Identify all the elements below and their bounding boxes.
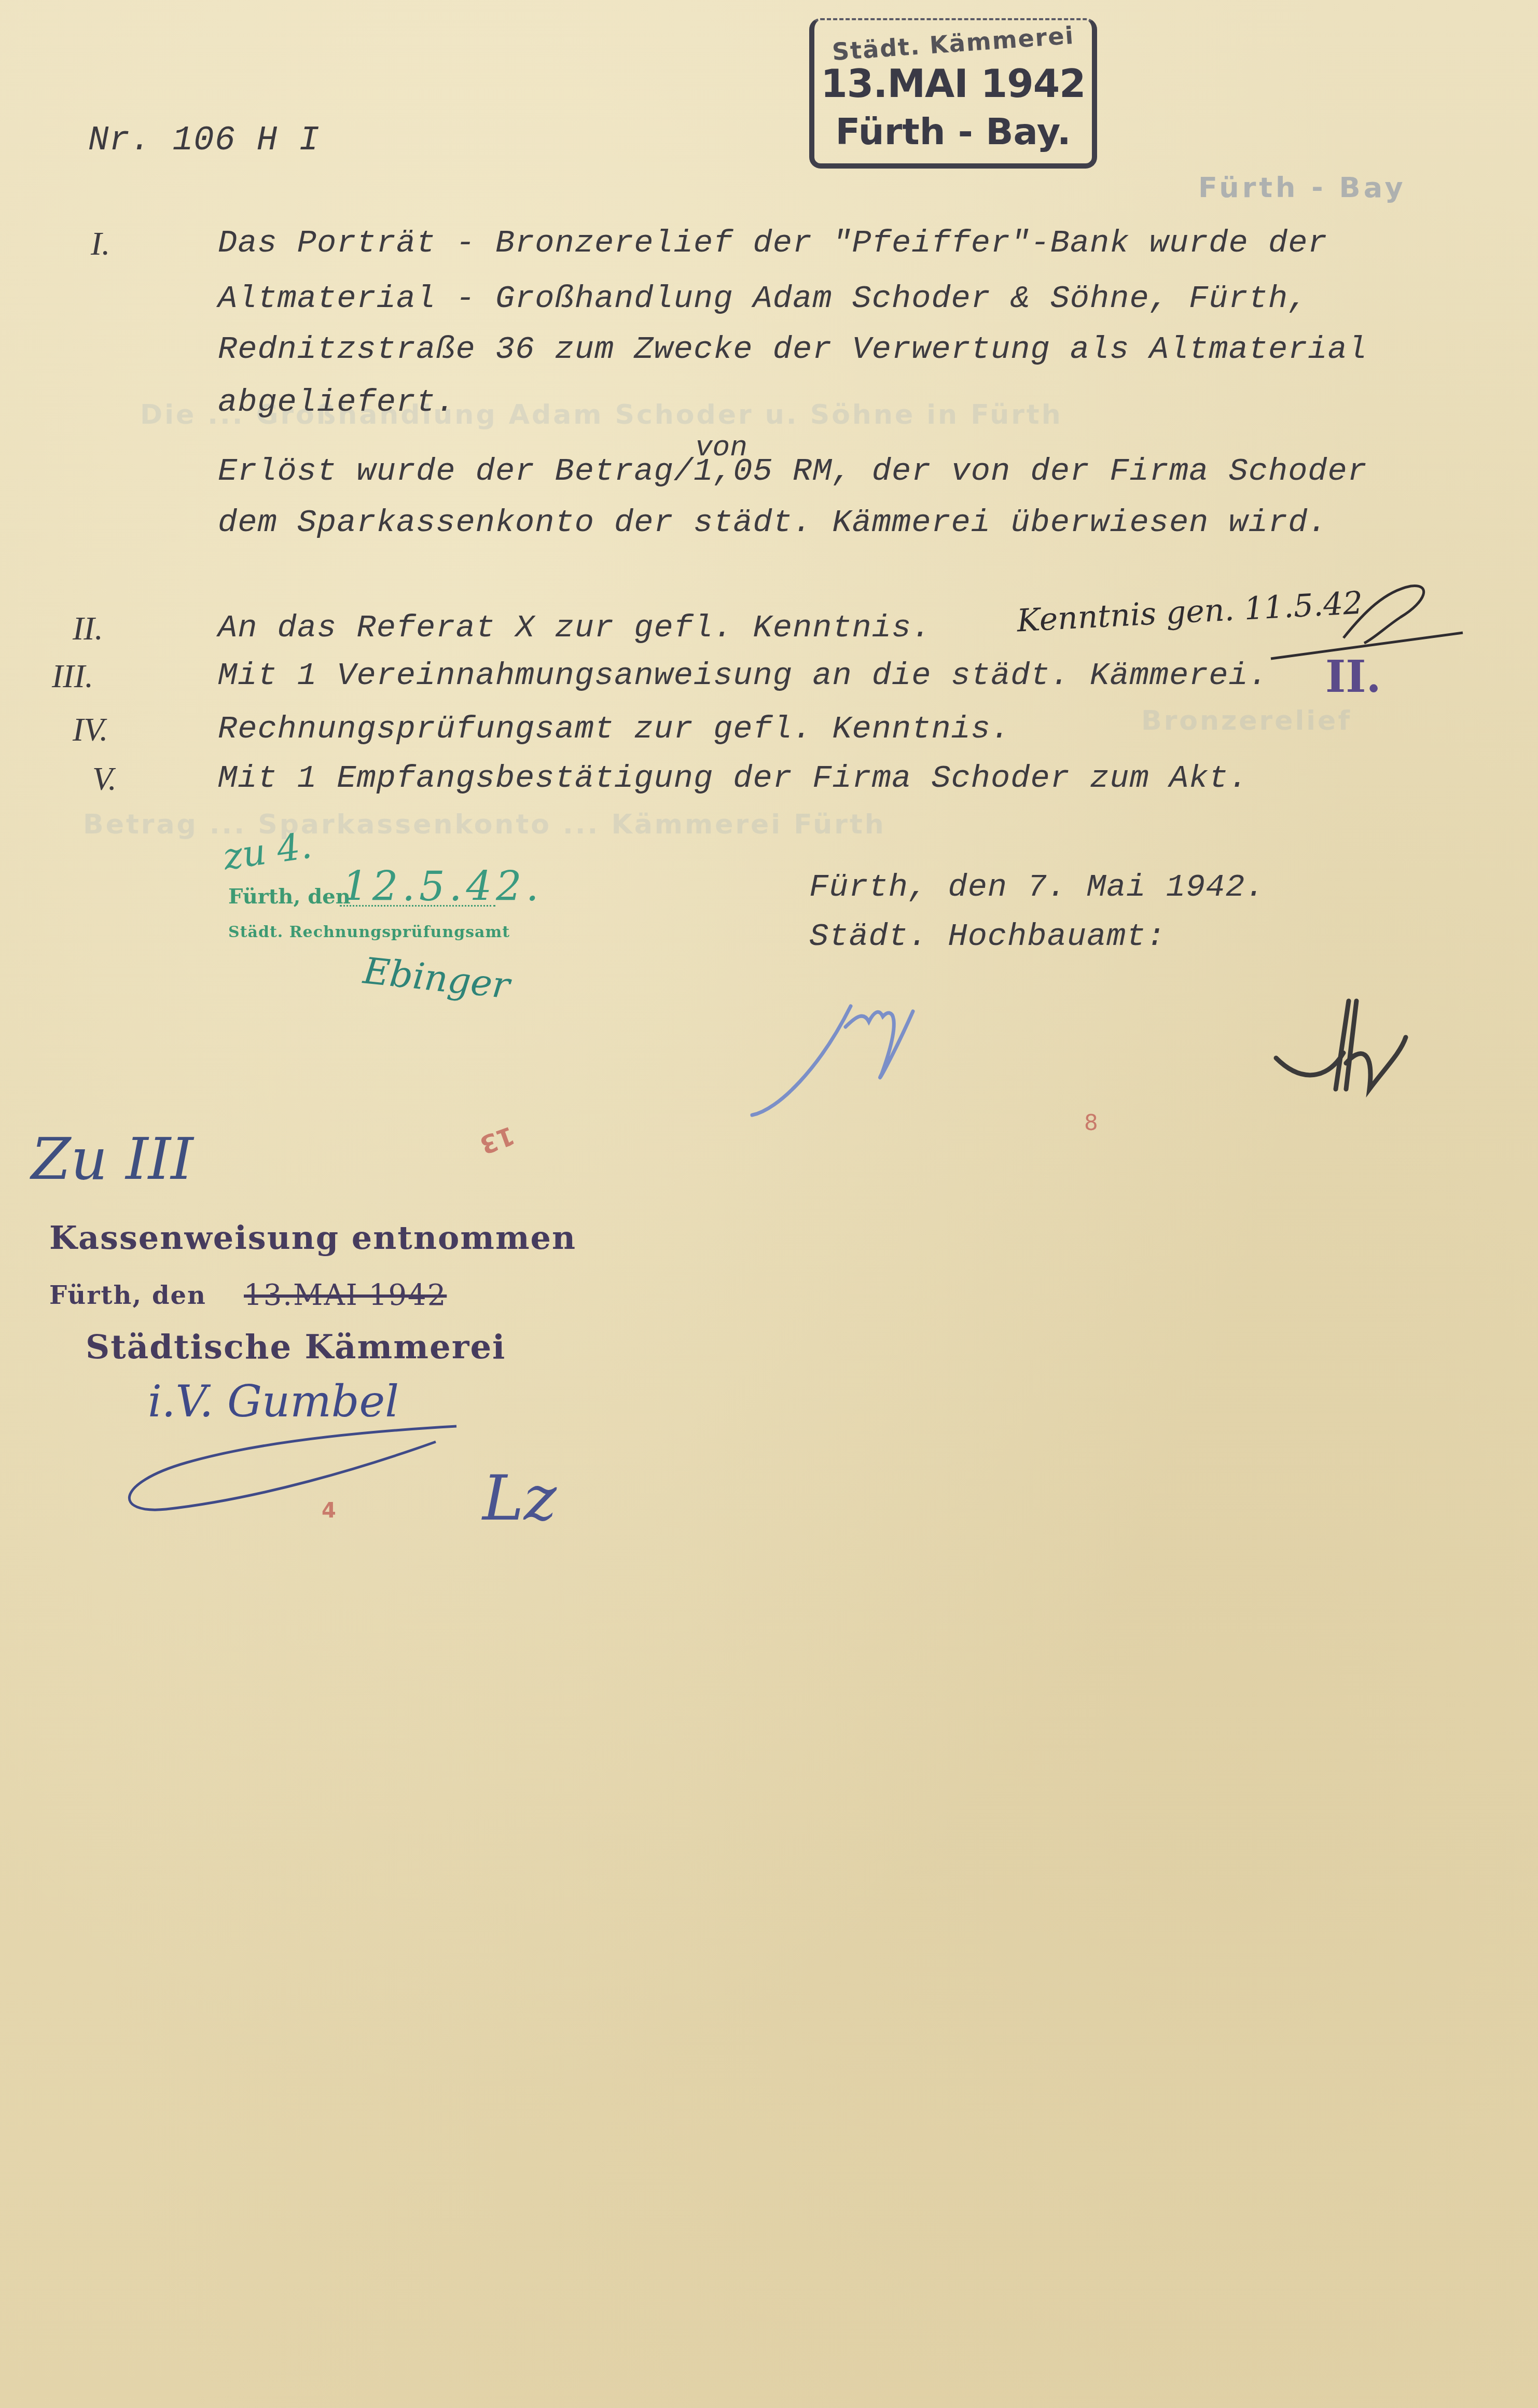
closing-office: Städt. Hochbauamt: [809, 921, 1166, 953]
initials-lz: Lz [482, 1468, 557, 1530]
received-stamp: Städt. Kämmerei 13.MAI 1942 Fürth - Bay. [809, 18, 1097, 169]
bleed-through-text: Betrag ... Sparkassenkonto ... Kämmerei … [83, 809, 886, 840]
dark-signature-icon [1271, 996, 1426, 1099]
stamp-date: 13.MAI 1942 [814, 62, 1092, 106]
section-numeral: IV. [73, 713, 108, 746]
kasse-signature-flourish-icon [104, 1411, 467, 1525]
stamp-office: Städt. Kämmerei [814, 20, 1092, 67]
bleed-through-text: Bronzerelief [1141, 705, 1352, 736]
ghost-stamp: Fürth - Bay [1198, 171, 1406, 204]
section-line: Das Porträt - Bronzerelief der "Pfeiffer… [218, 227, 1328, 259]
section-numeral: II. [73, 612, 103, 645]
section-II-text: An das Referat X zur gefl. Kenntnis. [218, 612, 931, 644]
section-IV-text: Rechnungsprüfungsamt zur gefl. Kenntnis. [218, 713, 1010, 745]
section-line: Altmaterial - Großhandlung Adam Schoder … [218, 283, 1308, 315]
signature-paraph-icon [1266, 581, 1473, 659]
kasse-stamp-date: 13.MAI 1942 [244, 1278, 447, 1312]
red-mark: 8 [1084, 1110, 1098, 1135]
green-stamp-place: Fürth, den [228, 884, 351, 909]
green-stamp-office: Städt. Rechnungsprüfungsamt [228, 923, 510, 941]
stamp-place: Fürth - Bay. [814, 110, 1092, 153]
section-line: dem Sparkassenkonto der städt. Kämmerei … [218, 507, 1328, 539]
section-line: abgeliefert. [218, 386, 455, 419]
section-line: Erlöst wurde der Betrag/1,05 RM, der von… [218, 455, 1367, 488]
green-date-line [340, 905, 495, 907]
kasse-stamp-place: Fürth, den [49, 1281, 206, 1310]
kasse-stamp-office: Städtische Kämmerei [86, 1328, 506, 1367]
section-numeral: I. [91, 227, 110, 260]
section-numeral: III. [52, 660, 93, 693]
handwritten-zu-III: Zu III [31, 1131, 193, 1188]
blue-signature-icon [747, 985, 1017, 1120]
stamp-mark-II: II. [1325, 651, 1381, 702]
section-III-text: Mit 1 Vereinnahmungsanweisung an die stä… [218, 660, 1268, 692]
section-line: Rednitzstraße 36 zum Zwecke der Verwertu… [218, 333, 1367, 366]
green-stamp-date: 12.5.42. [342, 864, 543, 910]
closing-place-date: Fürth, den 7. Mai 1942. [809, 871, 1265, 903]
section-V-text: Mit 1 Empfangsbestätigung der Firma Scho… [218, 762, 1249, 795]
section-numeral: V. [92, 762, 117, 796]
document-reference: Nr. 106 H I [88, 123, 320, 158]
kasse-stamp-line1: Kassenweisung entnommen [49, 1219, 576, 1257]
